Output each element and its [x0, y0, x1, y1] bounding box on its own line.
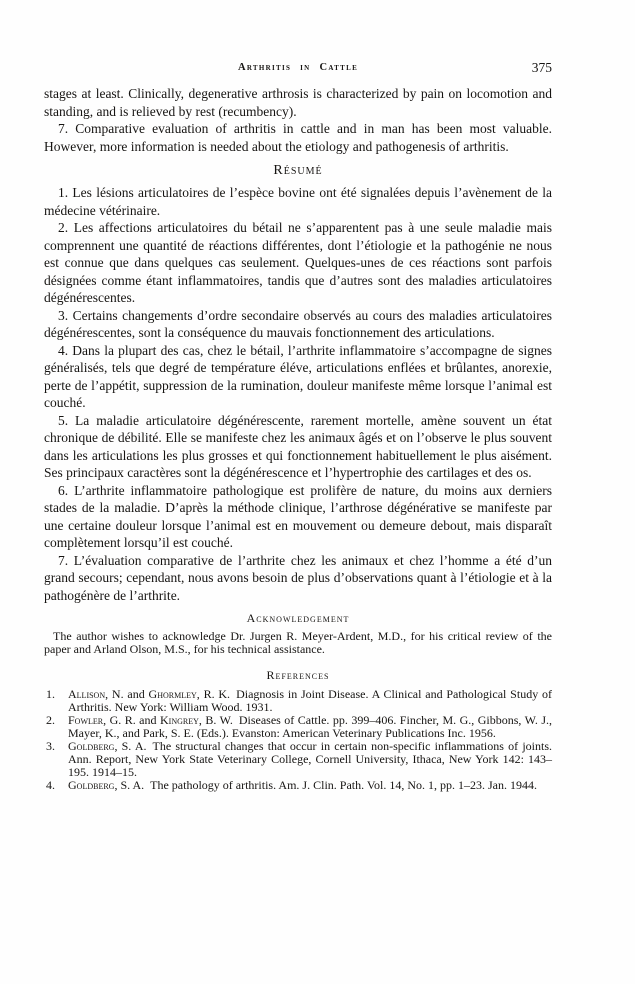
paper-page: Arthritis in Cattle 375 stages at least.…: [0, 0, 635, 984]
resume-paragraph: 7. L’évaluation comparative de l’arthrit…: [44, 552, 552, 605]
reference-text: Fowler, G. R. and Kingrey, B. W. Disease…: [68, 714, 552, 740]
resume-paragraph: 6. L’arthrite inflammatoire pathologique…: [44, 482, 552, 552]
acknowledgement-text: The author wishes to acknowledge Dr. Jur…: [44, 630, 552, 656]
resume-paragraph: 4. Dans la plupart des cas, chez le béta…: [44, 342, 552, 412]
resume-paragraphs: 1. Les lésions articulatoires de l’espèc…: [44, 184, 552, 604]
reference-item: 2.Fowler, G. R. and Kingrey, B. W. Disea…: [44, 714, 552, 740]
references-list: 1.Allison, N. and Ghormley, R. K. Diagno…: [44, 688, 552, 792]
intro-section: stages at least. Clinically, degenerativ…: [44, 85, 552, 155]
reference-number: 3.: [46, 740, 55, 753]
references-heading: References: [44, 668, 552, 683]
page-body: stages at least. Clinically, degenerativ…: [44, 85, 552, 792]
reference-item: 4.Goldberg, S. A. The pathology of arthr…: [44, 779, 552, 792]
resume-paragraph: 3. Certains changements d’ordre secondai…: [44, 307, 552, 342]
reference-number: 4.: [46, 779, 55, 792]
page-number: 375: [532, 60, 552, 76]
reference-text: Allison, N. and Ghormley, R. K. Diagnosi…: [68, 688, 552, 714]
reference-item: 3.Goldberg, S. A. The structural changes…: [44, 740, 552, 779]
reference-item: 1.Allison, N. and Ghormley, R. K. Diagno…: [44, 688, 552, 714]
acknowledgement-heading: Acknowledgement: [44, 611, 552, 626]
resume-paragraph: 5. La maladie articulatoire dégénérescen…: [44, 412, 552, 482]
running-head-title: Arthritis in Cattle: [44, 62, 552, 73]
resume-paragraph: 2. Les affections articulatoires du béta…: [44, 219, 552, 307]
reference-number: 2.: [46, 714, 55, 727]
intro-paragraph: stages at least. Clinically, degenerativ…: [44, 85, 552, 120]
reference-text: Goldberg, S. A. The pathology of arthrit…: [68, 779, 552, 792]
resume-paragraph: 1. Les lésions articulatoires de l’espèc…: [44, 184, 552, 219]
resume-heading: Résumé: [44, 163, 552, 179]
reference-text: Goldberg, S. A. The structural changes t…: [68, 740, 552, 779]
running-head: Arthritis in Cattle 375: [44, 62, 552, 78]
intro-paragraph: 7. Comparative evaluation of arthritis i…: [44, 120, 552, 155]
reference-number: 1.: [46, 688, 55, 701]
